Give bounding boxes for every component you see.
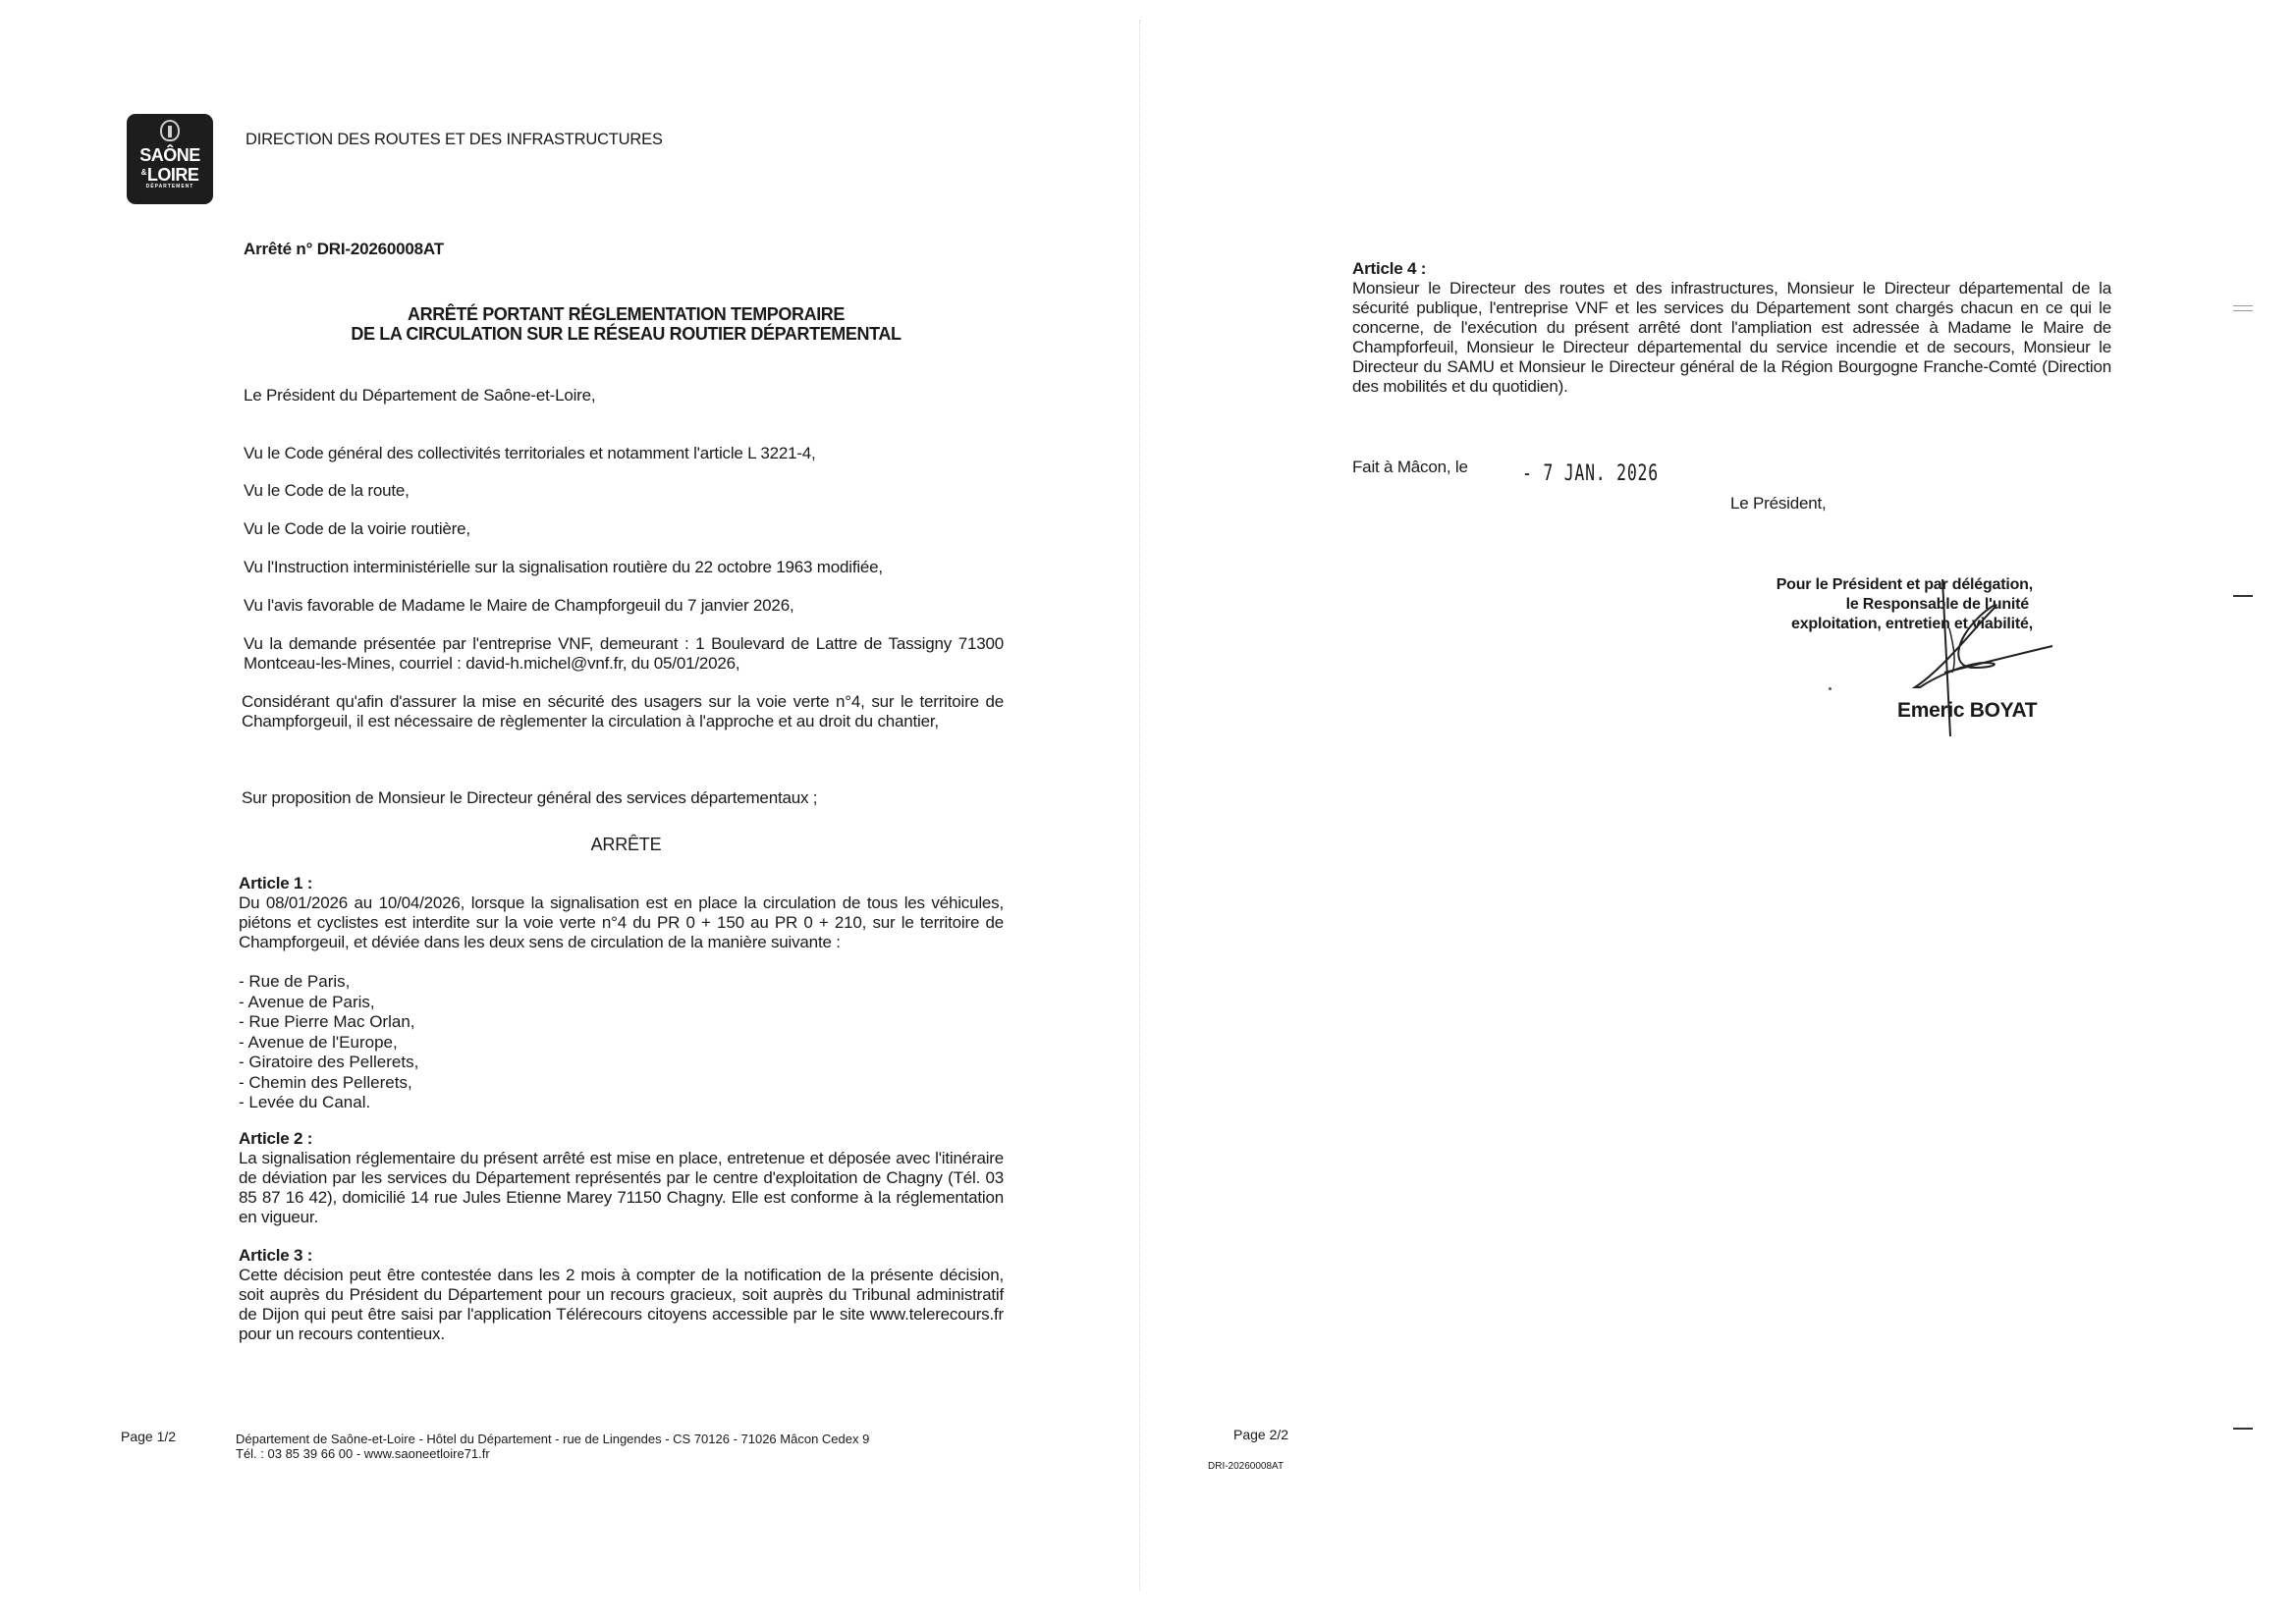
page-divider — [1139, 20, 1140, 1591]
detour-street: - Rue de Paris, — [239, 972, 418, 993]
page-2-number: Page 2/2 — [1233, 1428, 1288, 1442]
footer-address-line-1: Département de Saône-et-Loire - Hôtel du… — [236, 1432, 869, 1446]
scan-edge-mark — [2233, 305, 2253, 306]
article-1-body: Du 08/01/2026 au 10/04/2026, lorsque la … — [239, 893, 1004, 952]
ink-dot — [1829, 687, 1831, 690]
consideration-3: Vu le Code de la voirie routière, — [244, 519, 470, 539]
decree-heading: ARRÊTE — [295, 835, 957, 854]
proposal-paragraph: Sur proposition de Monsieur le Directeur… — [242, 788, 817, 808]
consideration-2: Vu le Code de la route, — [244, 481, 410, 501]
saone-et-loire-logo: SAÔNE &LOIRE DÉPARTEMENT — [127, 114, 213, 204]
header-department: DIRECTION DES ROUTES ET DES INFRASTRUCTU… — [246, 130, 663, 149]
article-2-heading: Article 2 : — [239, 1129, 312, 1149]
decree-number: Arrêté n° DRI-20260008AT — [244, 240, 444, 259]
article-3-body: Cette décision peut être contestée dans … — [239, 1266, 1004, 1344]
detour-street: - Giratoire des Pellerets, — [239, 1053, 418, 1073]
article-4-heading: Article 4 : — [1352, 259, 1426, 279]
consideration-6: Vu la demande présentée par l'entreprise… — [244, 634, 1004, 674]
detour-street: - Levée du Canal. — [239, 1093, 418, 1113]
footer-address-line-2: Tél. : 03 85 39 66 00 - www.saoneetloire… — [236, 1446, 490, 1461]
made-at-label: Fait à Mâcon, le — [1352, 458, 1468, 477]
document-title-line-1: ARRÊTÉ PORTANT RÉGLEMENTATION TEMPORAIRE — [295, 304, 957, 324]
article-2-body: La signalisation réglementaire du présen… — [239, 1149, 1004, 1227]
detour-street: - Rue Pierre Mac Orlan, — [239, 1012, 418, 1033]
logo-line-loire: &LOIRE — [127, 164, 213, 184]
scan-edge-mark — [2233, 1428, 2253, 1430]
document-title-line-2: DE LA CIRCULATION SUR LE RÉSEAU ROUTIER … — [295, 324, 957, 344]
detour-street-list: - Rue de Paris, - Avenue de Paris, - Rue… — [239, 972, 418, 1113]
considering-paragraph: Considérant qu'afin d'assurer la mise en… — [242, 692, 1004, 731]
article-4-body: Monsieur le Directeur des routes et des … — [1352, 279, 2111, 397]
logo-line-departement: DÉPARTEMENT — [127, 184, 213, 189]
consideration-5: Vu l'avis favorable de Madame le Maire d… — [244, 596, 793, 616]
logo-line-saone: SAÔNE — [127, 146, 213, 164]
detour-street: - Chemin des Pellerets, — [239, 1073, 418, 1094]
page-1-number: Page 1/2 — [121, 1430, 176, 1444]
president-label: Le Président, — [1730, 494, 1827, 514]
article-1-heading: Article 1 : — [239, 874, 312, 893]
signer-name: Emeric BOYAT — [1897, 699, 2037, 723]
scan-edge-mark — [2233, 595, 2253, 597]
consideration-4: Vu l'Instruction interministérielle sur … — [244, 558, 883, 577]
logo-ampersand: & — [141, 168, 146, 177]
detour-street: - Avenue de l'Europe, — [239, 1033, 418, 1054]
article-3-heading: Article 3 : — [239, 1246, 312, 1266]
scan-edge-mark — [2233, 310, 2253, 311]
department-emblem-icon — [160, 120, 180, 141]
date-stamp: - 7 JAN. 2026 — [1522, 461, 1659, 486]
detour-street: - Avenue de Paris, — [239, 993, 418, 1013]
president-intro: Le Président du Département de Saône-et-… — [244, 386, 595, 406]
page-2-reference: DRI-20260008AT — [1208, 1459, 1284, 1474]
logo-loire-text: LOIRE — [147, 165, 199, 185]
consideration-1: Vu le Code général des collectivités ter… — [244, 444, 816, 463]
